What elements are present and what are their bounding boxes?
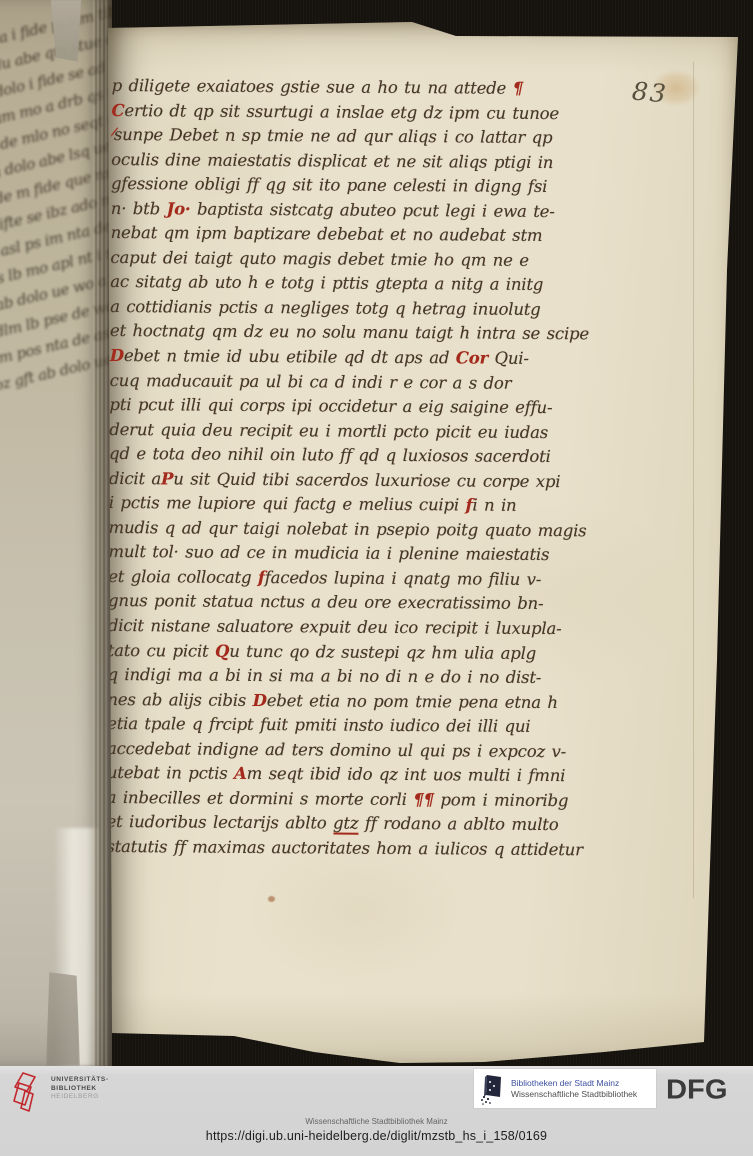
heidelberg-line2: BIBLIOTHEK (51, 1085, 109, 1094)
scan-url: https://digi.ub.uni-heidelberg.de/diglit… (0, 1129, 753, 1143)
heidelberg-line3: HEIDELBERG (51, 1093, 109, 1102)
mainz-library-logo: Bibliotheken der Stadt Mainz Wissenschaf… (474, 1069, 656, 1108)
manuscript-line: statutis ff maximas auctoritates hom a i… (106, 835, 692, 864)
mainz-book-icon (479, 1073, 505, 1105)
page-tab-bottom (46, 972, 80, 1066)
mainz-line2: Wissenschaftliche Stadtbibliothek (511, 1089, 637, 1100)
manuscript-recto-page: 83 p diligete exaiatoes gstie sue a ho t… (104, 20, 740, 1066)
book-spine-page-edges (93, 0, 107, 1066)
mainz-line1: Bibliotheken der Stadt Mainz (511, 1078, 637, 1089)
manuscript-line: Debet n tmie id ubu etibile qd dt aps ad… (110, 344, 696, 373)
manuscript-scan-page: um qd nos gesta i fide pclam tibi sueet … (0, 0, 753, 1156)
manuscript-line: pti pcut illi qui corps ipi occidetur a … (109, 393, 695, 422)
heidelberg-books-icon (13, 1071, 43, 1113)
manuscript-line: dicit nistane saluatore expuit deu ico r… (108, 614, 694, 643)
manuscript-line: ⁄sunpe Debet n sp tmie ne ad qur aliqs i… (111, 123, 697, 152)
manuscript-line: qd e tota deo nihil oin luto ff qd q lux… (109, 442, 695, 471)
heidelberg-line1: UNIVERSITÄTS- (51, 1076, 109, 1085)
mainz-logo-text: Bibliotheken der Stadt Mainz Wissenschaf… (511, 1078, 637, 1100)
manuscript-line: p diligete exaiatoes gstie sue a ho tu n… (112, 74, 698, 103)
credit-line: Wissenschaftliche Stadtbibliothek Mainz (0, 1117, 753, 1126)
dfg-logo: DFG (666, 1074, 728, 1106)
manuscript-line: q indigi ma a bi in si ma a bi no di n e… (107, 663, 693, 692)
manuscript-line: gfessione obligi ff qg sit ito pane cele… (111, 172, 697, 201)
heidelberg-logo-text: UNIVERSITÄTS- BIBLIOTHEK HEIDELBERG (51, 1076, 109, 1102)
manuscript-text-block: p diligete exaiatoes gstie sue a ho tu n… (106, 74, 697, 864)
manuscript-line: etia tpale q frcipt fuit pmiti insto iud… (107, 712, 693, 741)
heidelberg-university-library-logo: UNIVERSITÄTS- BIBLIOTHEK HEIDELBERG (13, 1071, 109, 1113)
footer-bar: UNIVERSITÄTS- BIBLIOTHEK HEIDELBERG (0, 1066, 753, 1156)
small-ink-stain (268, 896, 275, 902)
